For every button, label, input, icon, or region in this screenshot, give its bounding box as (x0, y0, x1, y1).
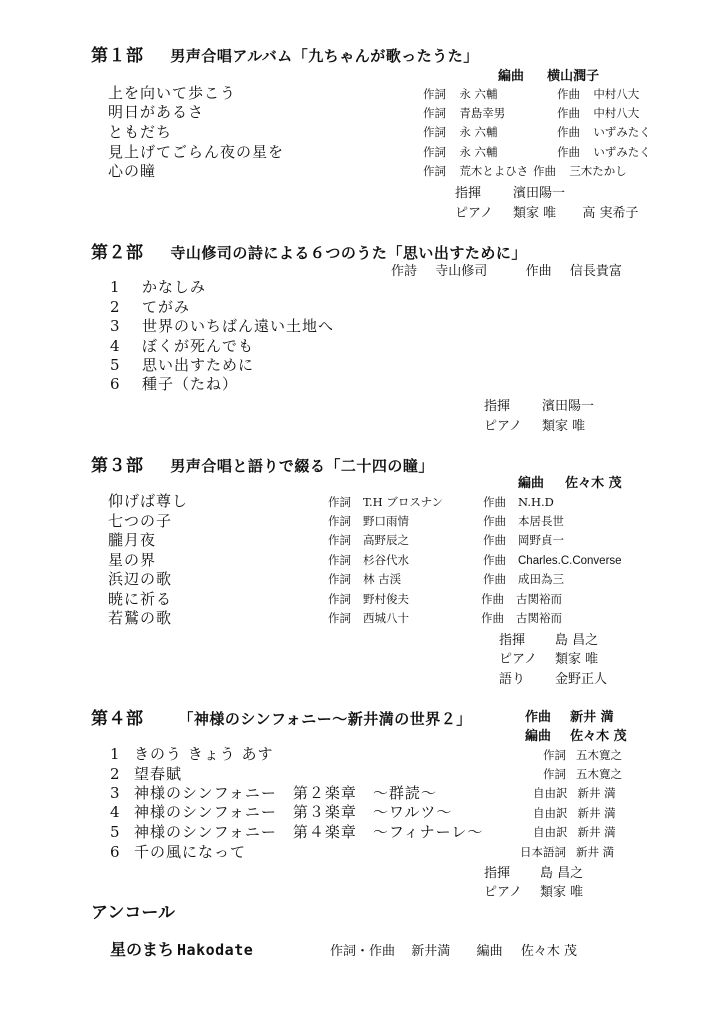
song-title: 上を向いて歩こう (108, 82, 236, 103)
composer-label: 作曲 (533, 164, 556, 178)
part3-pianist: ピアノ類家 唯 (499, 648, 598, 667)
pianist-name: 類家 唯 (540, 885, 583, 900)
lyricist: 杉谷代水 (363, 553, 409, 567)
part2-pianist: ピアノ類家 唯 (484, 415, 585, 434)
credit-label: 自由訳 (533, 806, 568, 820)
part3-number: 第３部 (91, 456, 144, 476)
lyric-label: 作詞 (328, 553, 351, 567)
composer-label: 作曲 (525, 710, 551, 725)
part4-title: 「神様のシンフォニー〜新井満の世界２」 (178, 710, 471, 728)
song-item: 5神様のシンフォニー 第４楽章 〜フィナーレ〜 (110, 821, 483, 842)
lyric-label: 作詞 (328, 514, 351, 528)
composer-name: 信長貴富 (570, 264, 622, 279)
lyric-label: 作詞 (423, 164, 446, 178)
lyric-label: 作詞 (423, 87, 446, 101)
song-number: 4 (110, 803, 134, 821)
part4-heading: 第４部 「神様のシンフォニー〜新井満の世界２」 (91, 704, 472, 729)
song-item: 3世界のいちばん遠い土地へ (110, 315, 334, 336)
composer: 成田為三 (518, 572, 564, 586)
part3-arranger: 編曲 佐々木 茂 (518, 472, 622, 491)
song-credit: 作詞林 古渓 (328, 571, 401, 587)
part1-number: 第１部 (91, 46, 144, 66)
credit-name: 五木寛之 (576, 748, 622, 762)
lyric-composer-label: 作詞・作曲 (330, 944, 395, 959)
song-title: 世界のいちばん遠い土地へ (142, 317, 334, 335)
song-credit: 作曲成田為三 (483, 571, 564, 587)
credit-label: 作詞 (543, 748, 566, 762)
song-title: 神様のシンフォニー 第２楽章 〜群読〜 (134, 784, 437, 802)
lyricist: 荒木とよひさ (459, 164, 528, 178)
song-credit: 作詞杉谷代水 (328, 552, 409, 568)
song-title: 仰げば尊し (108, 490, 188, 511)
lyric-label: 作詞 (328, 533, 351, 547)
composer-label: 作曲 (483, 533, 506, 547)
arranger-label: 編曲 (498, 69, 524, 84)
piano-label: ピアノ (499, 648, 555, 667)
lyricist: 高野辰之 (363, 533, 409, 547)
piano-label: ピアノ (455, 202, 513, 221)
conductor-label: 指揮 (484, 395, 542, 414)
song-credit: 作曲 いずみたく (557, 124, 651, 140)
song-number: 1 (110, 745, 134, 763)
song-number: 3 (110, 784, 134, 802)
part1-pianist: ピアノ類家 唯 高 実希子 (455, 202, 639, 221)
song-credit: 作詞野口雨情 (328, 513, 409, 529)
song-credit: 作詞西城八十 (328, 610, 409, 626)
song-title: ともだち (108, 121, 172, 142)
arranger-name: 佐々木 茂 (565, 476, 622, 491)
song-credit: 作曲本居長世 (483, 513, 564, 529)
arranger-label: 編曲 (518, 476, 544, 491)
song-credit: 作曲古関裕而 (481, 610, 562, 626)
song-title: 種子（たね） (142, 375, 238, 393)
song-item: 1かなしみ (110, 276, 206, 297)
song-credit: 作詞T.H ブロスナン (328, 494, 443, 510)
part4-arranger: 編曲 佐々木 茂 (525, 725, 627, 744)
composer-label: 作曲 (481, 592, 504, 606)
encore-song-title: 星のまちHakodate (110, 937, 253, 960)
conductor-label: 指揮 (484, 862, 540, 881)
song-title: 見上げてごらん夜の星を (108, 141, 284, 162)
lyric-composer-name: 新井満 (411, 944, 450, 959)
pianist-name: 高 実希子 (582, 206, 638, 221)
song-item: 4神様のシンフォニー 第３楽章 〜ワルツ〜 (110, 801, 452, 822)
composer-label: 作曲 (483, 553, 506, 567)
song-number: 2 (110, 765, 134, 783)
lyricist: 永 六輔 (459, 125, 497, 139)
song-credit: 作曲古関裕而 (481, 591, 562, 607)
composer: いずみたく (593, 145, 651, 159)
song-item: 3神様のシンフォニー 第２楽章 〜群読〜 (110, 782, 437, 803)
arranger-label: 編曲 (525, 729, 551, 744)
song-title: てがみ (142, 298, 190, 316)
song-item: 2望春賦 (110, 763, 182, 784)
song-title: かなしみ (142, 278, 206, 296)
part2-credits: 作詩 寺山修司 作曲 信長貴富 (391, 260, 622, 279)
arranger-name: 佐々木 茂 (521, 944, 577, 959)
song-credit: 自由訳新井 満 (533, 824, 616, 840)
composer: 古関裕而 (516, 592, 562, 606)
song-title: きのう きょう あす (134, 745, 274, 763)
part1-conductor: 指揮濱田陽一 (455, 182, 565, 201)
song-credit: 作曲Charles.C.Converse (483, 552, 622, 568)
song-number: 3 (110, 317, 132, 335)
encore-heading: アンコール (91, 898, 175, 923)
part2-number: 第２部 (91, 243, 144, 263)
lyric-label: 作詞 (328, 611, 351, 625)
composer: 岡野貞一 (518, 533, 564, 547)
credit-label: 自由訳 (533, 825, 568, 839)
song-title: 心の瞳 (108, 160, 156, 181)
song-credit: 作曲 いずみたく (557, 144, 651, 160)
song-number: 2 (110, 298, 132, 316)
composer-label: 作曲 (557, 106, 580, 120)
part4-conductor: 指揮島 昌之 (484, 862, 583, 881)
lyricist: 西城八十 (363, 611, 409, 625)
song-credit: 作詞 青島幸男 (423, 105, 505, 121)
song-credit: 作曲 中村八大 (557, 86, 639, 102)
song-credit: 自由訳新井 満 (533, 805, 616, 821)
credit-label: 自由訳 (533, 786, 568, 800)
composer-label: 作曲 (483, 572, 506, 586)
part4-composer: 作曲 新井 満 (525, 706, 614, 725)
song-number: 5 (110, 823, 134, 841)
song-title: 星の界 (108, 549, 156, 570)
part3-conductor: 指揮島 昌之 (499, 629, 598, 648)
song-item: 5思い出すために (110, 354, 254, 375)
composer-label: 作曲 (483, 495, 506, 509)
song-number: 6 (110, 843, 134, 861)
poet-name: 寺山修司 (435, 264, 487, 279)
encore-song-jp: 星のまち (110, 940, 174, 959)
lyric-label: 作詞 (423, 106, 446, 120)
composer-label: 作曲 (526, 264, 552, 279)
credit-name: 新井 満 (578, 786, 616, 800)
song-item: 1きのう きょう あす (110, 743, 274, 764)
part1-heading: 第１部 男声合唱アルバム「九ちゃんが歌ったうた」 (91, 41, 479, 66)
lyricist: 林 古渓 (363, 572, 401, 586)
song-title: 望春賦 (134, 765, 182, 783)
part2-conductor: 指揮濱田陽一 (484, 395, 594, 414)
song-credit: 作詞 荒木とよひさ (423, 163, 528, 179)
lyric-label: 作詞 (328, 592, 351, 606)
piano-label: ピアノ (484, 415, 542, 434)
credit-label: 日本語詞 (520, 845, 566, 859)
song-title: 明日があるさ (108, 101, 204, 122)
lyricist: 青島幸男 (459, 106, 505, 120)
song-title: 思い出すために (142, 356, 254, 374)
encore-credits: 作詞・作曲 新井満 編曲 佐々木 茂 (330, 940, 577, 959)
song-credit: 日本語詞新井 満 (520, 844, 614, 860)
song-credit: 作詞五木寛之 (543, 766, 622, 782)
part3-title: 男声合唱と語りで綴る「二十四の瞳」 (170, 457, 434, 475)
pianist-name: 類家 唯 (513, 206, 556, 221)
conductor-name: 島 昌之 (555, 633, 598, 648)
song-credit: 作詞高野辰之 (328, 532, 409, 548)
song-item: 6種子（たね） (110, 373, 238, 394)
song-title: 七つの子 (108, 510, 172, 531)
composer-label: 作曲 (483, 514, 506, 528)
song-credit: 作詞 永 六輔 (423, 124, 497, 140)
composer-label: 作曲 (481, 611, 504, 625)
lyricist: 野口雨情 (363, 514, 409, 528)
narrator-label: 語り (499, 668, 555, 687)
arranger-name: 佐々木 茂 (570, 729, 627, 744)
conductor-name: 濱田陽一 (513, 186, 565, 201)
composer: 古関裕而 (516, 611, 562, 625)
part1-title: 男声合唱アルバム「九ちゃんが歌ったうた」 (170, 47, 478, 65)
lyricist: T.H ブロスナン (363, 495, 443, 509)
composer: 中村八大 (593, 87, 639, 101)
credit-name: 五木寛之 (576, 767, 622, 781)
lyric-label: 作詞 (423, 145, 446, 159)
lyricist: 永 六輔 (459, 145, 497, 159)
song-credit: 作詞五木寛之 (543, 747, 622, 763)
song-title: 神様のシンフォニー 第３楽章 〜ワルツ〜 (134, 803, 452, 821)
part3-narrator: 語り金野正人 (499, 668, 607, 687)
song-credit: 作詞 永 六輔 (423, 86, 497, 102)
song-credit: 自由訳新井 満 (533, 785, 616, 801)
lyric-label: 作詞 (328, 495, 351, 509)
song-title: 暁に祈る (108, 588, 172, 609)
song-credit: 作曲岡野貞一 (483, 532, 564, 548)
song-credit: 作詞野村俊夫 (328, 591, 409, 607)
part1-arranger: 編曲 横山潤子 (498, 65, 599, 84)
pianist-name: 類家 唯 (555, 652, 598, 667)
composer-name: 新井 満 (570, 710, 614, 725)
credit-name: 新井 満 (576, 845, 614, 859)
composer: いずみたく (593, 125, 651, 139)
pianist-name: 類家 唯 (542, 419, 585, 434)
song-title: 朧月夜 (108, 529, 156, 550)
conductor-name: 島 昌之 (540, 866, 583, 881)
composer: 中村八大 (593, 106, 639, 120)
arranger-name: 横山潤子 (547, 69, 599, 84)
composer: 三木たかし (569, 164, 627, 178)
credit-name: 新井 満 (578, 806, 616, 820)
song-number: 1 (110, 278, 132, 296)
lyricist: 永 六輔 (459, 87, 497, 101)
conductor-label: 指揮 (499, 629, 555, 648)
song-title: 浜辺の歌 (108, 568, 172, 589)
piano-label: ピアノ (484, 881, 540, 900)
credit-name: 新井 満 (578, 825, 616, 839)
part4-number: 第４部 (91, 709, 144, 729)
song-title: 千の風になって (134, 843, 246, 861)
song-title: ぼくが死んでも (142, 337, 254, 355)
narrator-name: 金野正人 (555, 672, 607, 687)
song-credit: 作曲N.H.D (483, 494, 554, 510)
composer: N.H.D (518, 495, 554, 509)
lyricist: 野村俊夫 (363, 592, 409, 606)
composer-label: 作曲 (557, 87, 580, 101)
composer-label: 作曲 (557, 125, 580, 139)
encore-song-latin: Hakodate (177, 941, 253, 959)
lyric-label: 作詞 (423, 125, 446, 139)
song-title: 神様のシンフォニー 第４楽章 〜フィナーレ〜 (134, 823, 483, 841)
composer: 本居長世 (518, 514, 564, 528)
part4-pianist: ピアノ類家 唯 (484, 881, 583, 900)
song-number: 5 (110, 356, 132, 374)
song-item: 4ぼくが死んでも (110, 335, 254, 356)
composer-label: 作曲 (557, 145, 580, 159)
credit-label: 作詞 (543, 767, 566, 781)
song-title: 若鷲の歌 (108, 607, 172, 628)
conductor-label: 指揮 (455, 182, 513, 201)
poem-label: 作詩 (391, 264, 417, 279)
song-credit: 作曲 中村八大 (557, 105, 639, 121)
song-credit: 作詞 永 六輔 (423, 144, 497, 160)
composer: Charles.C.Converse (518, 555, 622, 567)
song-item: 2てがみ (110, 296, 190, 317)
song-credit: 作曲 三木たかし (533, 163, 627, 179)
song-number: 4 (110, 337, 132, 355)
song-item: 6千の風になって (110, 841, 246, 862)
conductor-name: 濱田陽一 (542, 399, 594, 414)
song-number: 6 (110, 375, 132, 393)
arranger-label: 編曲 (477, 944, 503, 959)
part3-heading: 第３部 男声合唱と語りで綴る「二十四の瞳」 (91, 451, 434, 476)
lyric-label: 作詞 (328, 572, 351, 586)
